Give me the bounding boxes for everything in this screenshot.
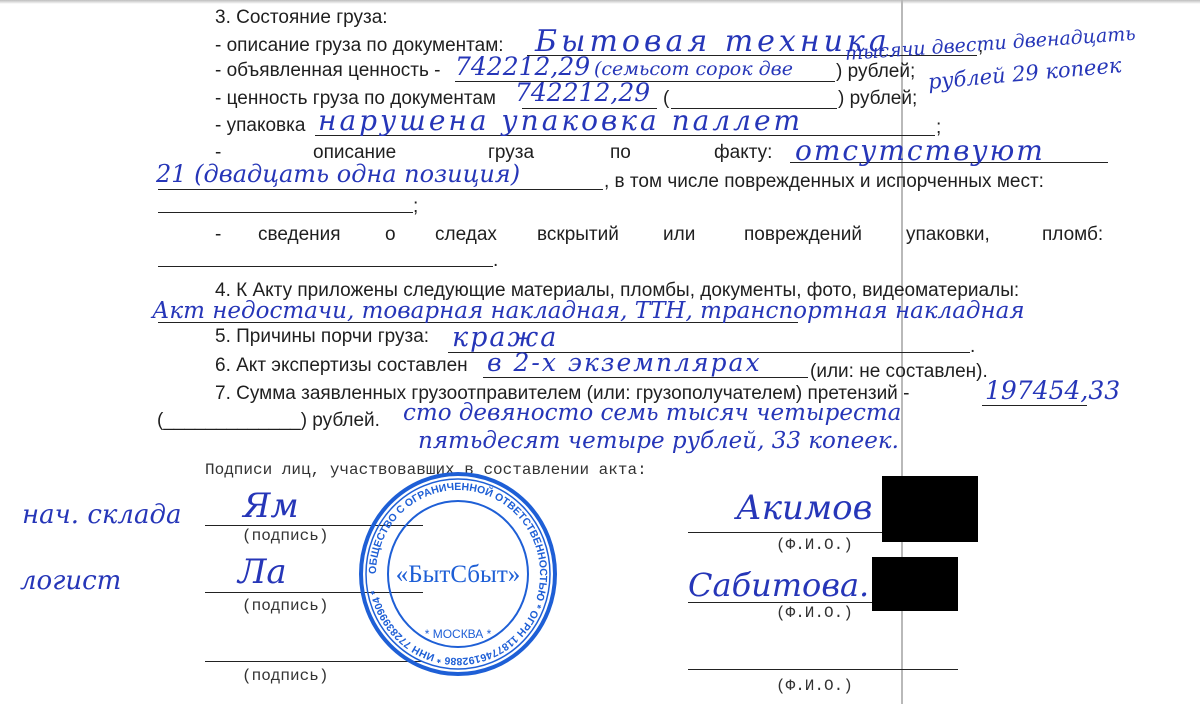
period: . [493,250,498,272]
section5-label: 5. Причины порчи груза: [215,326,429,348]
traces-word: вскрытий [537,224,619,246]
fact-label-4: факту: [714,142,772,164]
traces-word: о [385,224,396,246]
declared-value-words-3: рублей 29 копеек [927,53,1122,94]
traces-word: сведения [258,224,341,246]
traces-dash: - [215,224,221,246]
damaged-places-line [158,212,413,213]
stamp-graphic: ОБЩЕСТВО С ОГРАНИЧЕННОЙ ОТВЕТСТВЕННОСТЬЮ… [358,472,558,677]
fact-label-3: по [610,142,631,164]
section7-paren-line: (_____________) рублей. [157,410,380,432]
semicolon: ; [413,196,418,218]
signature-caption: (подпись) [242,667,328,685]
name-caption: (Ф.И.О.) [776,677,853,695]
section7-value-words-1: сто девяносто семь тысяч четыреста [403,400,901,426]
signature-mark: Ям [243,486,299,526]
fact-line-2 [158,189,603,190]
signature-caption: (подпись) [242,597,328,615]
section7-value-number: 197454,33 [985,376,1120,405]
section6-value: в 2-х экземплярах [487,348,762,377]
name-handwritten: Акимов [736,488,872,528]
redaction-box [882,476,978,542]
traces-word: или [663,224,695,246]
rubles-suffix-2: ) рублей; [838,88,917,110]
section7-value-words-2: пятьдесят четыре рублей, 33 копеек. [418,428,899,454]
traces-word: пломб: [1042,224,1103,246]
declared-value-label: - объявленная ценность - [215,60,441,82]
packaging-label: - упаковка [215,115,305,137]
traces-word: упаковки, [906,224,990,246]
packaging-value: нарушена упаковка паллет [318,104,803,137]
doc-value-number: 742212,29 [515,78,650,107]
traces-word: следах [435,224,497,246]
name-caption: (Ф.И.О.) [776,536,853,554]
fact-continuation: , в том числе поврежденных и испорченных… [604,171,1044,193]
signer-role: логист [20,566,121,596]
section6-label: 6. Акт экспертизы составлен [215,355,468,377]
stamp-company-name: «БытСбыт» [396,561,521,588]
section6-suffix: (или: не составлен). [810,361,988,383]
section6-line [483,377,808,378]
company-stamp: ОБЩЕСТВО С ОГРАНИЧЕННОЙ ОТВЕТСТВЕННОСТЬЮ… [358,472,558,677]
signature-mark: Ла [238,552,287,592]
section4-value: Акт недостачи, товарная накладная, ТТН, … [152,298,1025,324]
fact-value-2: 21 (двадцать одна позиция) [156,160,520,188]
name-line [688,669,958,670]
period: . [970,336,975,358]
page-top-edge [0,0,1200,4]
traces-word: повреждений [744,224,862,246]
section7-number-line [982,405,1087,406]
section3-heading: 3. Состояние груза: [215,7,388,29]
declared-value-words: (семьсот сорок две [594,58,793,80]
stamp-city: * МОСКВА * [425,627,492,641]
name-caption: (Ф.И.О.) [776,604,853,622]
fact-value-1: отсутствуют [795,134,1045,167]
declared-value-number: 742212,29 [455,52,590,81]
traces-line [158,266,493,267]
name-handwritten: Сабитова. [688,566,869,604]
signer-role: нач. склада [22,500,181,530]
signature-caption: (подпись) [242,527,328,545]
redaction-box [872,557,958,611]
